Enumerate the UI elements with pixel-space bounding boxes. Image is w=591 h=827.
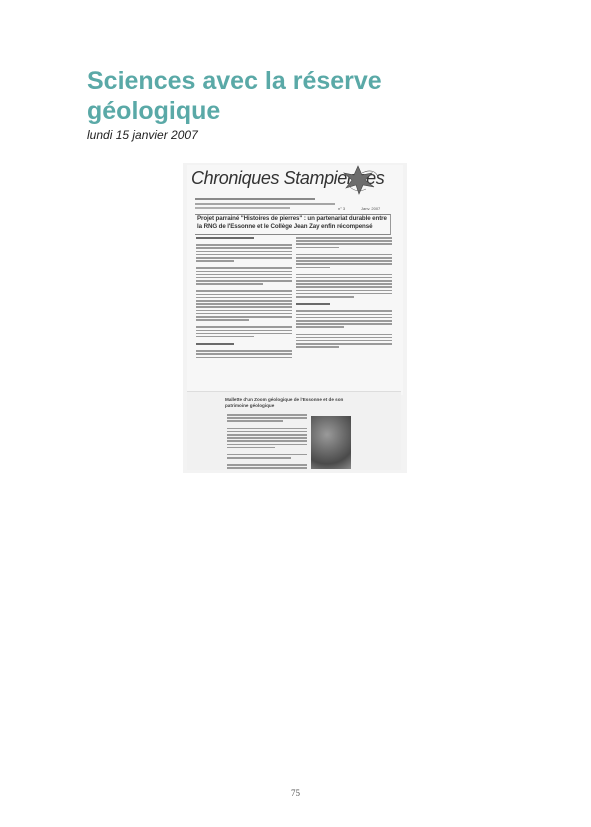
issue-date: Janv. 2007	[361, 206, 380, 211]
star-logo-icon	[340, 165, 380, 195]
masthead-subtitle-line	[195, 198, 315, 200]
article-column-right	[296, 237, 392, 349]
clipping-title: Mallette d'un Zoom géologique de l'Esson…	[225, 397, 365, 409]
issue-number: n° 3	[338, 206, 345, 211]
article-date: lundi 15 janvier 2007	[87, 128, 198, 142]
tree-photo	[311, 416, 351, 469]
scanned-newsletter-image: Chroniques Stampiennes n° 3 Janv. 2007 P…	[183, 163, 407, 473]
article-title: Sciences avec la réserve géologique	[87, 66, 417, 126]
newsletter-headline: Projet parrainé "Histoires de pierres" :…	[197, 215, 392, 231]
clipping-text	[227, 414, 307, 471]
masthead-subtitle-line	[195, 207, 290, 209]
article-column-left	[196, 237, 292, 360]
masthead-subtitle-line	[195, 203, 335, 205]
newspaper-clipping: Mallette d'un Zoom géologique de l'Esson…	[187, 391, 401, 470]
page-number: 75	[0, 788, 591, 798]
